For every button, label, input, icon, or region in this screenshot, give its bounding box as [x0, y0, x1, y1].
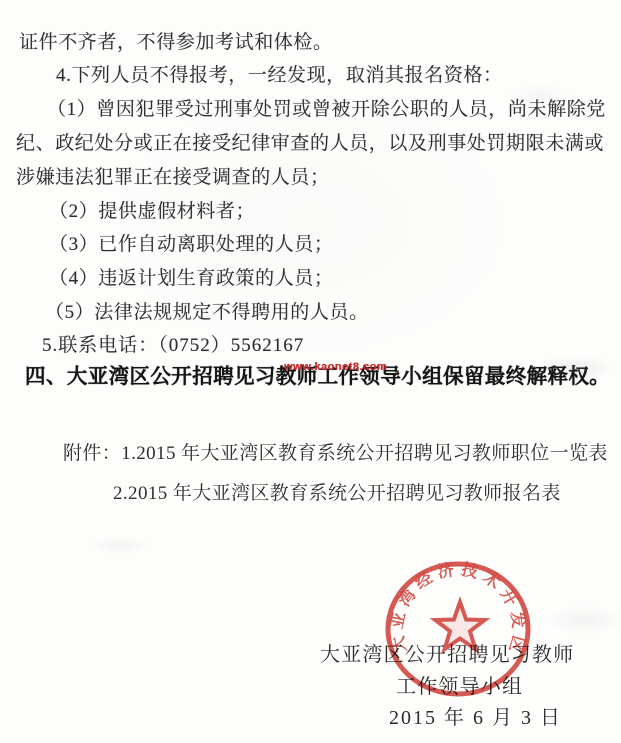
document-page: 证件不齐者，不得参加考试和体检。 4.下列人员不得报考，一经发现，取消其报名资格… [0, 0, 621, 743]
body-line-5: 涉嫌违法犯罪正在接受调查的人员； [16, 162, 330, 189]
official-seal-stamp: 大亚湾经济技术开发区 [378, 556, 538, 706]
body-line-2: 4.下列人员不得报考，一经发现，取消其报名资格： [56, 60, 503, 87]
body-line-3: （1）曾因犯罪受过刑事处罚或曾被开除公职的人员，尚未解除党 [47, 94, 606, 121]
site-watermark: www.kaonet8.com [284, 361, 387, 373]
body-line-4: 纪、政纪处分或正在接受纪律审查的人员，以及刑事处罚期限未满或 [16, 128, 604, 155]
attachment-line-2: 2.2015 年大亚湾区教育系统公开招聘见习教师报名表 [113, 478, 561, 505]
attachment-line-1: 附件：1.2015 年大亚湾区教育系统公开招聘见习教师职位一览表 [63, 438, 608, 465]
star-icon [435, 602, 484, 649]
body-line-9: （5）法律法规规定不得聘用的人员。 [45, 297, 369, 324]
body-line-8: （4）违返计划生育政策的人员； [49, 263, 334, 290]
body-line-7: （3）已作自动离职处理的人员； [49, 229, 334, 256]
contact-phone-line: 5.联系电话：（0752）5562167 [42, 330, 304, 357]
body-line-6: （2）提供虚假材料者； [49, 196, 255, 223]
body-line-1: 证件不齐者，不得参加考试和体检。 [19, 27, 333, 54]
